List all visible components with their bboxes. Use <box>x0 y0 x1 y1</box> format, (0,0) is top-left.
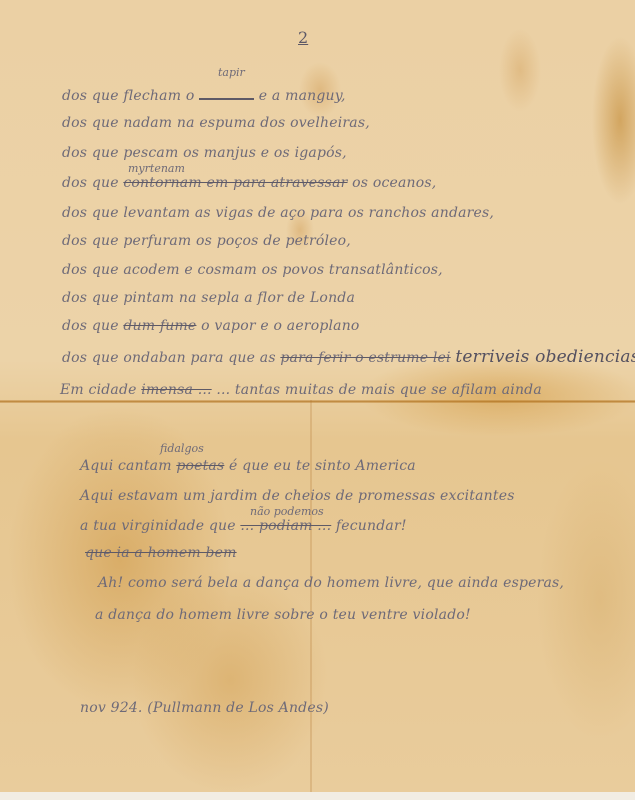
poem-line: dos que contornam em para atravessar os … <box>62 175 436 191</box>
poem-line: a tua virginidade que ... podiam ... fec… <box>80 518 407 534</box>
struck-text: dum fume <box>123 318 196 334</box>
poem-line: dos que nadam na espuma dos ovelheiras, <box>62 115 370 131</box>
insertion: não podemos <box>250 505 324 518</box>
poem-line: dos que acodem e cosmam os povos transat… <box>62 262 443 278</box>
insertion: myrtenam <box>128 162 185 175</box>
struck-text: para ferir o estrume lei <box>280 350 450 366</box>
poem-line: Ah! como será bela a dança do homem livr… <box>98 575 564 591</box>
struck-text: que ia a homem bem <box>85 545 237 561</box>
poem-line: dos que levantam as vigas de aço para os… <box>62 205 494 221</box>
poem-line: dos que flecham o e a manguy, <box>62 88 346 104</box>
poem-line: dos que perfuram os poços de petróleo, <box>62 233 351 249</box>
poem-line: Aqui estavam um jardim de cheios de prom… <box>80 488 515 504</box>
struck-text: ... podiam ... <box>240 518 331 534</box>
page-number: 2 <box>298 28 308 47</box>
struck-text: imensa ... <box>141 382 211 398</box>
insertion: fidalgos <box>160 442 204 455</box>
poem-line: dos que dum fume o vapor e o aeroplano <box>62 318 360 334</box>
paper-edge <box>0 792 635 800</box>
poem-line: dos que pintam na sepla a flor de Londa <box>62 290 355 306</box>
footer-note: nov 924. (Pullmann de Los Andes) <box>80 700 329 716</box>
poem-line: dos que ondaban para que as para ferir o… <box>62 347 635 367</box>
poem-line: a dança do homem livre sobre o teu ventr… <box>95 607 471 623</box>
insertion: tapir <box>218 66 245 79</box>
poem-line: Aqui cantam poetas é que eu te sinto Ame… <box>80 458 416 474</box>
poem-line: Em cidade imensa ... ... tantas muitas d… <box>60 382 542 398</box>
poem-line: que ia a homem bem <box>85 545 237 561</box>
horizontal-fold-crease <box>0 400 635 403</box>
poem-line: dos que pescam os manjus e os igapós, <box>62 145 347 161</box>
struck-text: contornam em para atravessar <box>123 175 347 191</box>
struck-text: poetas <box>176 458 224 474</box>
